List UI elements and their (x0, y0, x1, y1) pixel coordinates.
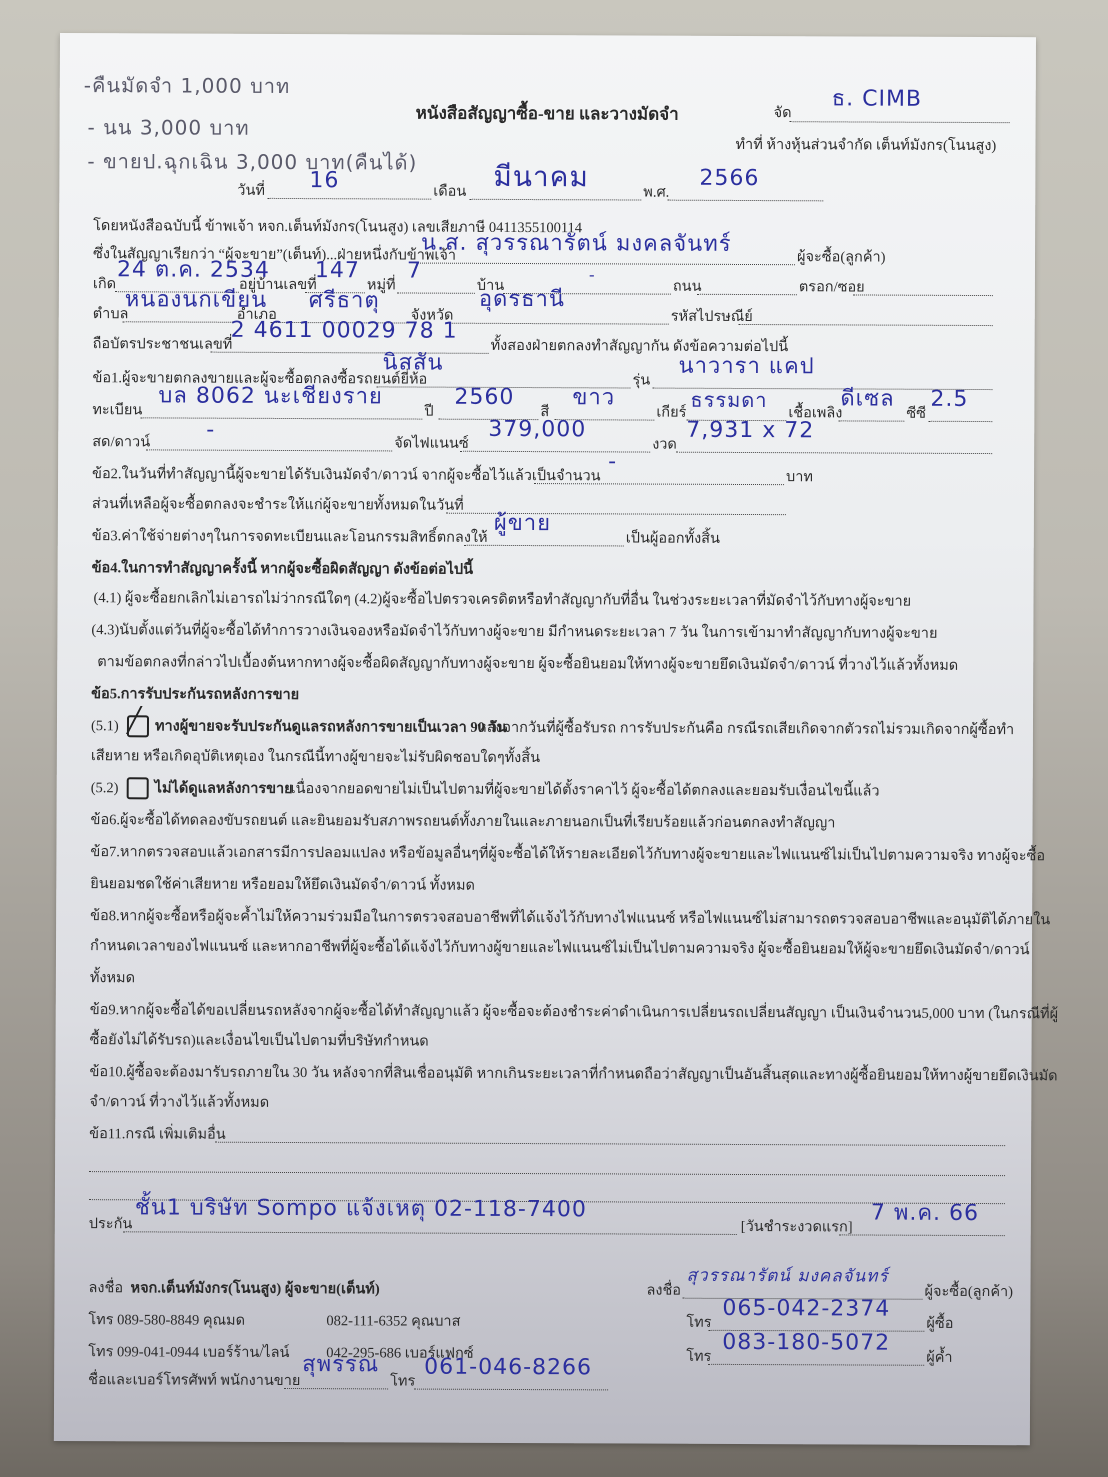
clause10b: จำ/ดาวน์ ที่วางไว้แล้วทั้งหมด (89, 1095, 269, 1110)
clause5-2-rest: เนื่องจากยอดขายไม่เป็นไปตามที่ผู้จะขายได… (291, 782, 880, 799)
guarantor-tel-label: โทร (686, 1350, 711, 1365)
staff-tel-label: โทร (390, 1374, 415, 1389)
down-value: - (206, 420, 215, 442)
clause7b: ยินยอมชดใช้ค่าเสียหาย หรือยอมให้ยึดเงินม… (90, 877, 475, 893)
seller-phone-3: โทร 099-041-0944 เบอร์ร้าน/ไลน์ (88, 1345, 289, 1360)
year-value: 2566 (699, 168, 759, 190)
buyer-tel-role: ผู้ซื้อ (926, 1317, 953, 1332)
no-warranty-checkbox[interactable] (127, 777, 149, 799)
clause4-heading: ข้อ4.ในการทำสัญญาครั้งนี้ หากผู้จะซื้อผิ… (92, 561, 473, 577)
clause3-text: ข้อ3.ค่าใช้จ่ายต่างๆในการจดทะเบียนและโอน… (92, 529, 488, 545)
cc-label: ซีซี (906, 407, 926, 422)
clause2-unit: บาท (786, 470, 813, 485)
clause4-1: (4.1) ผู้จะซื้อยกเลิกไม่เอารถไม่ว่ากรณีใ… (94, 591, 912, 609)
model-label: รุ่น (632, 374, 650, 389)
year-model-value: 2560 (454, 387, 514, 409)
made-at: ทำที่ ห้างหุ้นส่วนจำกัด เต็นท์มังกร(โนนส… (735, 138, 996, 154)
village-value: - (589, 267, 596, 283)
plate-label: ทะเบียน (92, 403, 142, 418)
id-suffix: ทั้งสองฝ่ายตกลงทำสัญญากัน ดังข้อความต่อไ… (491, 339, 789, 355)
brand-value: นิสสัน (383, 352, 444, 374)
alley-label: ตรอก/ซอย (799, 280, 865, 295)
first-due-value: 7 พ.ค. 66 (871, 1203, 979, 1225)
clause5-1-rest: หลังจากวันที่ผู้ซื้อรับรถ การรับประกันคื… (477, 721, 1014, 738)
plate-value: บล 8062 นะเชียงราย (158, 385, 383, 408)
buyer-signature: สุวรรณารัตน์ มงคลจันทร์ (687, 1268, 889, 1286)
seller-sign-label: ลงชื่อ (88, 1281, 123, 1296)
clause8b: กำหนดเวลาของไฟแนนซ์ และหากอาชีพที่ผู้จะซ… (90, 939, 1030, 958)
month-label: เดือน (433, 185, 466, 200)
arranged-label: จัด (774, 106, 792, 121)
buyer-tel-value: 065-042-2374 (722, 1298, 890, 1321)
model-value: นาวารา แคป (679, 356, 815, 379)
seller-phone-1: โทร 089-580-8849 คุณมด (88, 1313, 245, 1328)
first-due-label: [วันชำระงวดแรก] (741, 1220, 853, 1235)
clause2-text: ข้อ2.ในวันที่ทำสัญญานี้ผู้จะขายได้รับเงิ… (92, 467, 601, 484)
staff-label: ชื่อและเบอร์โทรศัพท์ พนักงานขาย (88, 1373, 300, 1388)
buyer-sign-label: ลงชื่อ (646, 1284, 681, 1299)
clause10a: ข้อ10.ผู้ซื้อจะต้องมารับรถภายใน 30 วัน ห… (89, 1065, 1057, 1084)
note-refund-deposit: -คืนมัดจำ 1,000 บาท (84, 75, 291, 96)
clause5-2-bold: ไม่ได้ดูแลหลังการขาย (155, 781, 293, 796)
clause5-1-cont: เสียหาย หรือเกิดอุบัติเหตุเอง ในกรณีนี้ท… (91, 749, 540, 765)
guarantor-tel-value: 083-180-5072 (722, 1332, 890, 1355)
checkmark-icon: ╱ (127, 709, 142, 733)
finance-label: จัดไฟแนนซ์ (394, 436, 469, 451)
finance-value: 379,000 (488, 419, 586, 441)
born-label: เกิด (93, 277, 116, 292)
cc-value: 2.5 (930, 389, 968, 411)
clause9b: ซื้อยังไม่ได้รับรถ)และเงื่อนไขเป็นไปตามท… (90, 1033, 429, 1049)
clause4-3b: ตามข้อตกลงที่กล่าวไปเบื้องต้นหากทางผู้จะ… (97, 655, 958, 673)
installment-label: งวด (652, 438, 677, 453)
insurance-label: ประกัน (89, 1217, 133, 1232)
clause6: ข้อ6.ผู้จะซื้อได้ทดลองขับรถยนต์ และยินยอ… (91, 813, 836, 831)
note-emergency-insurance: - ขายป.ฉุกเฉิน 3,000 บาท(คืนได้) (87, 151, 417, 172)
postcode-label: รหัสไปรษณีย์ (671, 310, 753, 325)
clause9a: ข้อ9.หากผู้จะซื้อได้ขอเปลี่ยนรถหลังจากผู… (90, 1003, 1058, 1022)
day-value: 16 (309, 170, 339, 192)
buyer-sign-role: ผู้จะซื้อ(ลูกค้า) (924, 1285, 1013, 1300)
seller-phone-2: 082-111-6352 คุณบาส (326, 1314, 460, 1329)
id-card-label: ถือบัตรประชาชนเลขที่ (93, 337, 233, 352)
id-card-value: 2 4611 00029 78 1 (231, 320, 458, 343)
clause8a: ข้อ8.หากผู้จะซื้อหรือผู้จะค้ำไม่ให้ความร… (90, 909, 1050, 928)
arranged-bank-value: ธ. CIMB (832, 88, 922, 110)
province-value: อุดรธานี (479, 289, 565, 311)
clause4-3a: (4.3)นับตั้งแต่วันที่ผู้จะซื้อได้ทำการวา… (91, 623, 937, 641)
road-label: ถนน (673, 280, 702, 295)
district-value: ศรีธาตุ (309, 290, 380, 312)
transfer-payer-value: ผู้ขาย (494, 513, 551, 535)
note-amount: - นน 3,000 บาท (88, 117, 250, 138)
page-title: หนังสือสัญญาซื้อ-ขาย และวางมัดจำ (416, 105, 679, 123)
day-label: วันที่ (237, 184, 265, 199)
insurance-value: ชั้น1 บริษัท Sompo แจ้งเหตุ 02-118-7400 (135, 1197, 587, 1221)
clause5-1-number: (5.1) (91, 719, 119, 734)
year-label: พ.ศ. (643, 186, 669, 201)
color-value: ขาว (572, 387, 615, 409)
clause2-remaining: ส่วนที่เหลือผู้จะซื้อตกลงจะชำระให้แก่ผู้… (92, 497, 464, 513)
clause5-2-number: (5.2) (91, 781, 119, 796)
guarantor-tel-role: ผู้ค้ำ (926, 1351, 952, 1366)
year-model-label: ปี (424, 405, 433, 420)
clause11-label: ข้อ11.กรณี เพิ่มเติมอื่น (89, 1127, 226, 1142)
fuel-value: ดีเซล (840, 388, 894, 410)
subdistrict-label: ตำบล (93, 307, 129, 322)
clause5-heading: ข้อ5.การรับประกันรถหลังการขาย (91, 687, 299, 702)
buyer-name-value: น.ส. สุวรรณารัตน์ มงคลจันทร์ (421, 233, 732, 256)
installment-value: 7,931 x 72 (686, 420, 814, 443)
clause8c: ทั้งหมด (90, 971, 135, 986)
moo-value: 7 (407, 261, 422, 283)
down-label: สด/ดาวน์ (92, 435, 150, 450)
contract-paper: -คืนมัดจำ 1,000 บาท - นน 3,000 บาท - ขาย… (54, 33, 1036, 1445)
clause5-1-bold: ทางผู้ขายจะรับประกันดูแลรถหลังการขายเป็น… (155, 719, 507, 735)
deposit-amount-value: - (608, 451, 617, 473)
buyer-role: ผู้จะซื้อ(ลูกค้า) (797, 250, 886, 265)
staff-tel-value: 061-046-8266 (424, 1357, 592, 1380)
clause3-suffix: เป็นผู้ออกทั้งสิ้น (626, 531, 720, 546)
house-no-value: 147 (315, 260, 360, 282)
buyer-tel-label: โทร (686, 1316, 711, 1331)
gear-value: ธรรมดา (690, 390, 767, 410)
month-value: มีนาคม (493, 163, 589, 191)
seller-name: หจก.เต็นท์มังกร(โนนสูง) ผู้จะขาย(เต็นท์) (130, 1281, 379, 1297)
gear-label: เกียร์ (656, 406, 686, 421)
clause7a: ข้อ7.หากตรวจสอบแล้วเอกสารมีการปลอมแปลง ห… (90, 845, 1045, 864)
staff-name-value: สุพรรณ (302, 1354, 379, 1376)
